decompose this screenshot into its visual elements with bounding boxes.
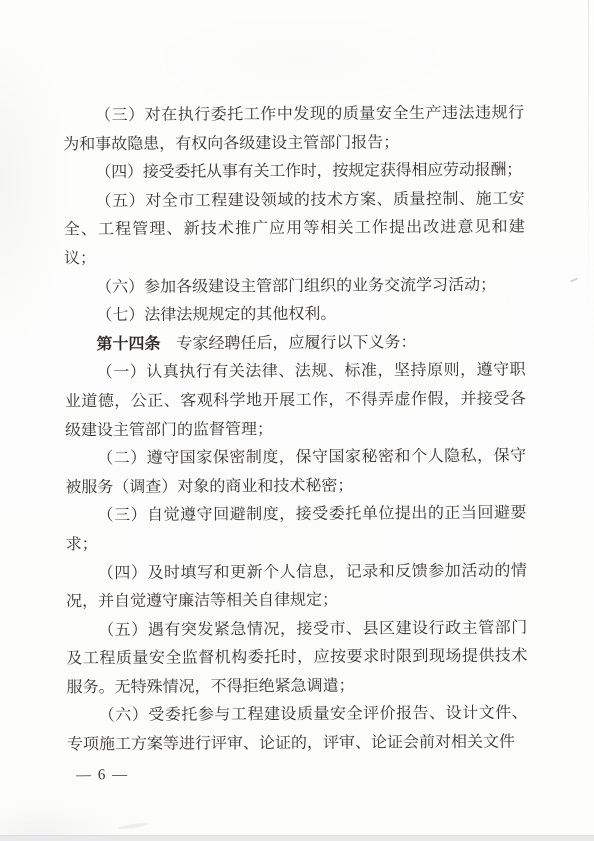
scan-speck [570, 277, 578, 282]
clause-5-rights-paragraph: （五）对全市工程建设领域的技术方案、质量控制、施工安全、工程管理、新技术推广应用… [64, 185, 526, 274]
clause-6-rights-paragraph: （六）参加各级建设主管部门组织的业务交流学习活动； [64, 271, 525, 302]
scanned-document-page: （三）对在执行委托工作中发现的质量安全生产违法违规行为和事故隐患，有权向各级建设… [0, 0, 594, 841]
scan-bottom-edge [0, 835, 594, 841]
duty-1-paragraph: （一）认真执行有关法律、法规、标准，坚持原则，遵守职业道德，公正、客观科学地开展… [65, 357, 527, 446]
duty-6-paragraph: （六）受委托参与工程建设质量安全评价报告、设计文件、专项施工方案等进行评审、论证… [67, 700, 528, 760]
duty-3-paragraph: （三）自觉遵守回避制度，接受委托单位提出的正当回避要求； [65, 500, 526, 560]
clause-3-rights-paragraph: （三）对在执行委托工作中发现的质量安全生产违法违规行为和事故隐患，有权向各级建设… [63, 100, 524, 160]
article-14-number: 第十四条 [96, 336, 160, 353]
article-14-heading-paragraph: 第十四条 专家经聘任后，应履行以下义务： [64, 328, 525, 359]
duty-5-paragraph: （五）遇有突发紧急情况，接受市、县区建设行政主管部门及工程质量安全监督机构委托时… [66, 614, 528, 703]
document-text-block: （三）对在执行委托工作中发现的质量安全生产违法违规行为和事故隐患，有权向各级建设… [63, 100, 528, 784]
article-14-lead-text: 专家经聘任后，应履行以下义务： [160, 334, 416, 353]
duty-2-paragraph: （二）遵守国家保密制度，保守国家秘密和个人隐私，保守被服务（调查）对象的商业和技… [65, 443, 526, 503]
clause-4-rights-paragraph: （四）接受委托从事有关工作时，按规定获得相应劳动报酬； [63, 157, 524, 188]
page-number-footer: — 6 — [67, 764, 528, 784]
duty-4-paragraph: （四）及时填写和更新个人信息，记录和反馈参加活动的情况，并自觉遵守廉洁等相关自律… [66, 557, 527, 617]
clause-7-rights-paragraph: （七）法律法规规定的其他权利。 [64, 300, 525, 331]
page-number-label: — 6 — [76, 767, 129, 783]
scan-speck [118, 822, 148, 830]
scan-right-edge-line [588, 0, 589, 310]
